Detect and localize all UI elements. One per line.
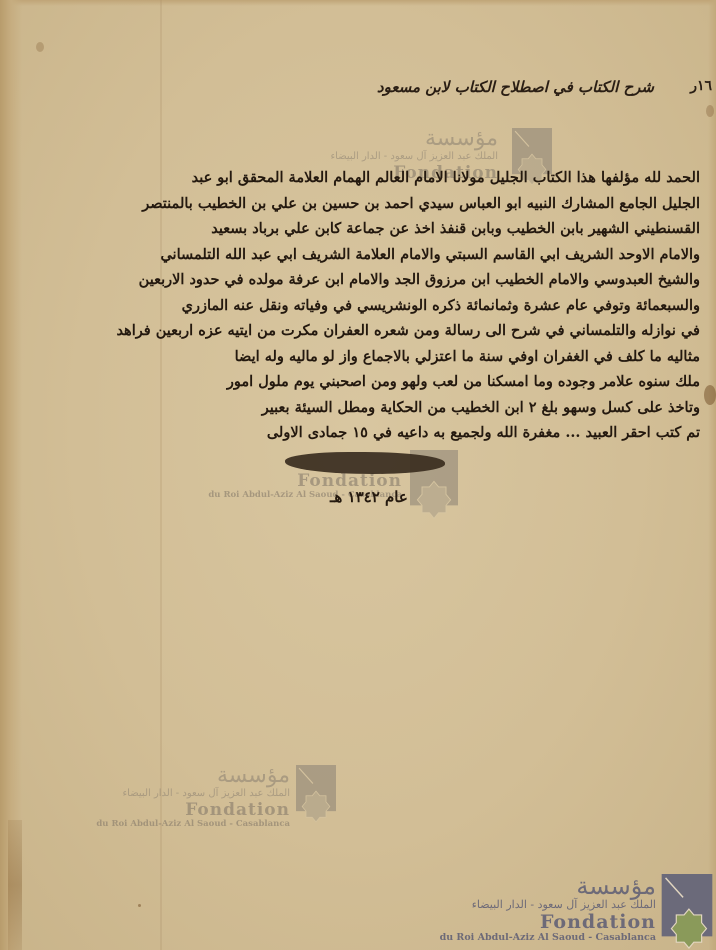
- fondation-watermark: مؤسسة الملك عبد العزيز آل سعود - الدار ا…: [450, 874, 716, 950]
- watermark-french-subtitle: du Roi Abdul-Aziz Al Saoud - Casablanca: [96, 819, 290, 830]
- manuscript-line: الحمد لله مؤلفها هذا الكتاب الجليل مولان…: [20, 165, 700, 191]
- watermark-french-subtitle: du Roi Abdul-Aziz Al Saoud - Casablanca: [440, 932, 656, 943]
- watermark-arabic-title: مؤسسة: [330, 128, 498, 150]
- watermark-french-title: Fondation: [440, 912, 656, 932]
- manuscript-line: وتاخذ على كسل وسهو بلغ ٢ ابن الخطيب من ا…: [20, 395, 700, 421]
- manuscript-line: مثاليه ما كلف في الغفران اوفي سنة ما اعت…: [20, 344, 700, 370]
- manuscript-date: عام ١٣٤٢ هـ: [330, 488, 408, 506]
- paper-stain: [8, 820, 22, 950]
- watermark-arabic-title: مؤسسة: [440, 874, 656, 898]
- paper-left-edge: [0, 0, 22, 950]
- watermark-arabic-subtitle: الملك عبد العزيز آل سعود - الدار البيضاء: [440, 898, 656, 912]
- ink-spot: [36, 42, 44, 52]
- ink-spot: [704, 385, 716, 405]
- fondation-watermark: مؤسسة الملك عبد العزيز آل سعود - الدار ا…: [130, 765, 340, 837]
- manuscript-body: الحمد لله مؤلفها هذا الكتاب الجليل مولان…: [20, 165, 700, 446]
- manuscript-line: الجليل الجامع المشارك النبيه ابو العباس …: [20, 191, 700, 217]
- folio-mark: ١٦ر: [690, 78, 712, 94]
- manuscript-line: تم كتب احقر العبيد ... مغفرة الله ولجميع…: [20, 420, 700, 446]
- manuscript-line: ملك سنوه علامر وجوده وما امسكنا من لعب و…: [20, 369, 700, 395]
- watermark-arabic-subtitle: الملك عبد العزيز آل سعود - الدار البيضاء: [330, 150, 498, 164]
- paper-top-edge: [0, 0, 716, 6]
- fondation-logo-icon: [658, 874, 716, 950]
- manuscript-line: والشيخ العبدوسي والامام الخطيب ابن مرزوق…: [20, 267, 700, 293]
- watermark-arabic-title: مؤسسة: [96, 765, 290, 787]
- manuscript-page: ١٦ر شرح الكتاب في اصطلاح الكتاب لابن مسع…: [0, 0, 716, 950]
- paper-right-edge: [708, 0, 716, 950]
- manuscript-line: والسبعمائة وتوفي عام عشرة وثمانمائة ذكره…: [20, 293, 700, 319]
- manuscript-line: في نوازله والتلمساني في شرح الى رسالة وم…: [20, 318, 700, 344]
- fondation-logo-icon: [292, 765, 340, 825]
- ink-spot: [706, 105, 714, 117]
- watermark-arabic-subtitle: الملك عبد العزيز آل سعود - الدار البيضاء: [96, 787, 290, 801]
- manuscript-line: القسنطيني الشهير بابن الخطيب وبابن قنفذ …: [20, 216, 700, 242]
- manuscript-line: والامام الاوحد الشريف ابي القاسم السبتي …: [20, 242, 700, 268]
- manuscript-heading: شرح الكتاب في اصطلاح الكتاب لابن مسعود: [377, 78, 654, 96]
- watermark-french-title: Fondation: [96, 801, 290, 819]
- ink-spot: [138, 904, 141, 907]
